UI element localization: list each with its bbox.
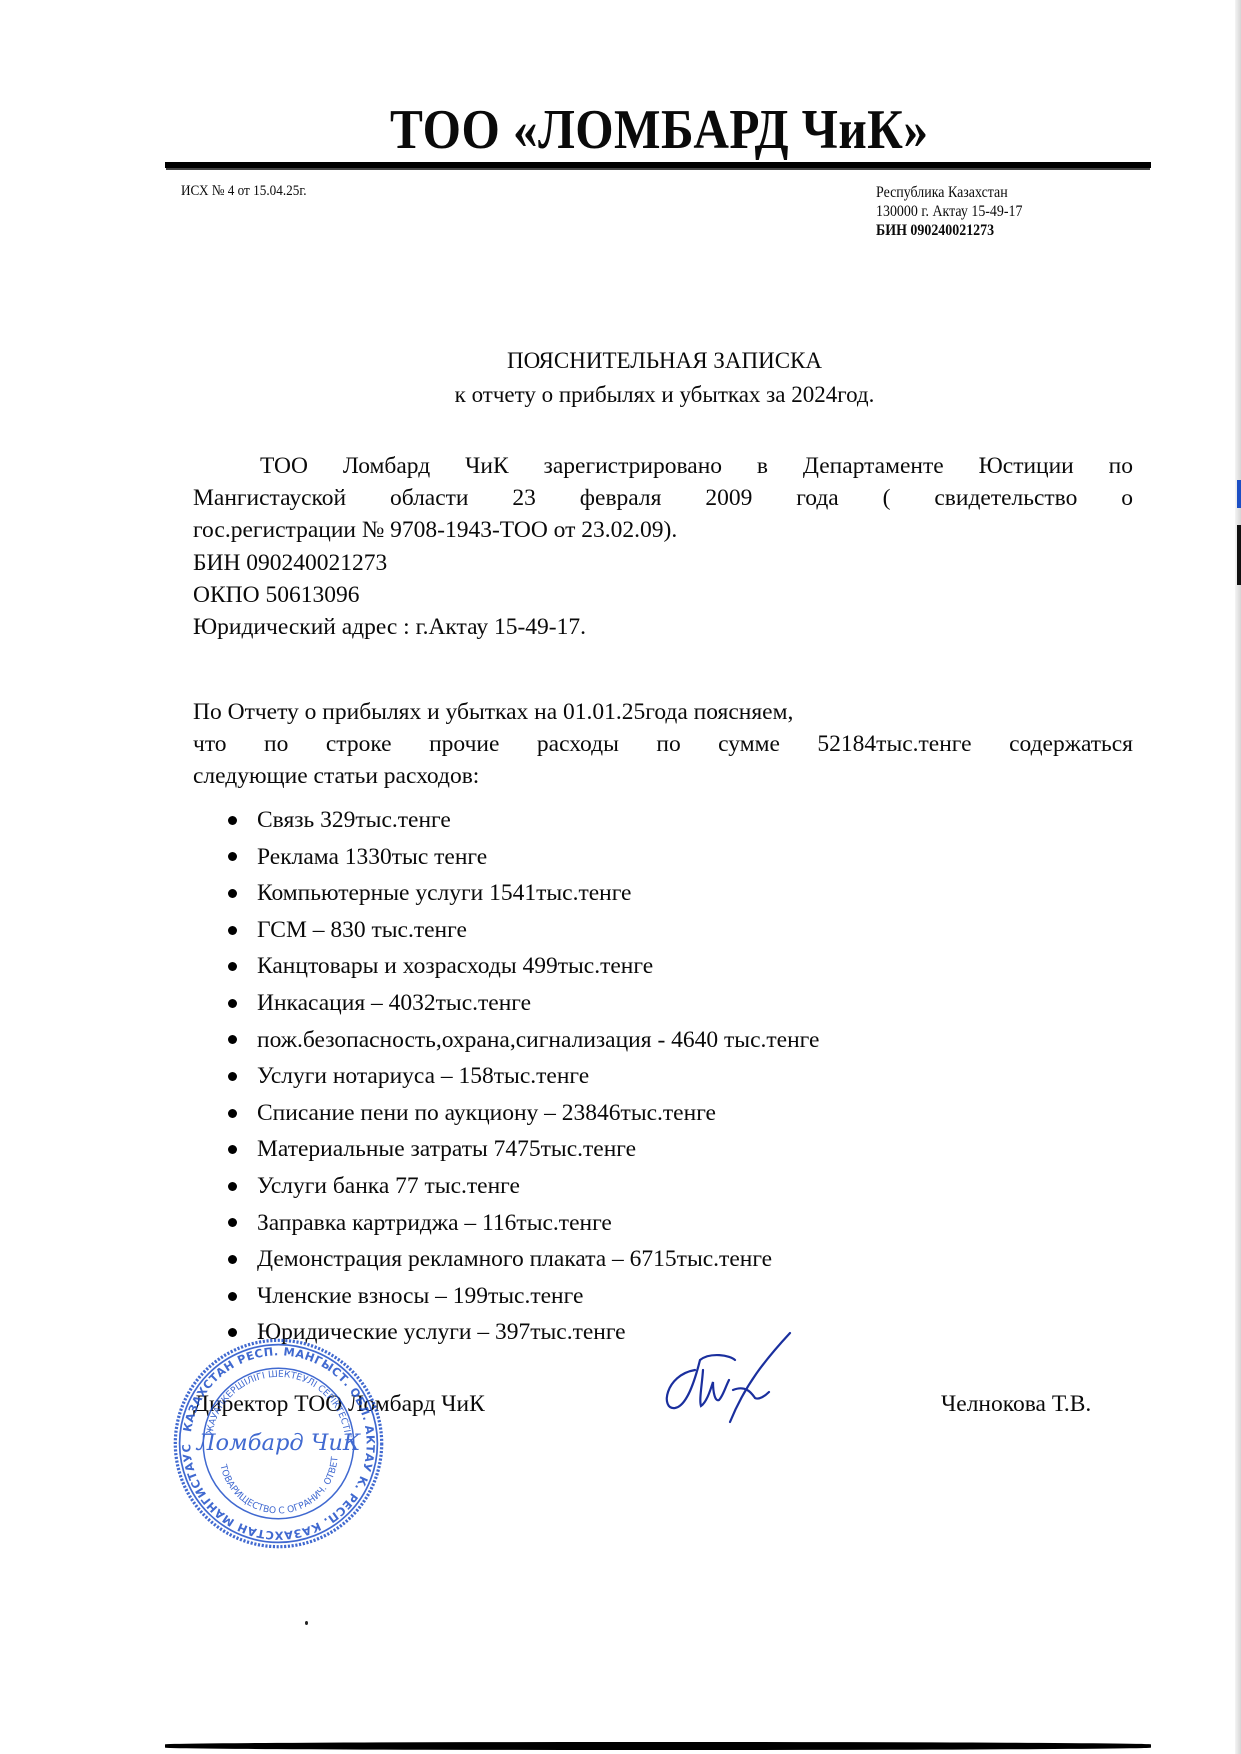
document-title: ПОЯСНИТЕЛЬНАЯ ЗАПИСКА	[0, 348, 1241, 374]
list-item: Услуги банка 77 тыс.тенге	[228, 1168, 819, 1205]
scan-edge-mark	[1237, 525, 1241, 585]
expense-label: Связь 329тыс.тенге	[257, 802, 451, 839]
list-item: Услуги нотариуса – 158тыс.тенге	[228, 1058, 819, 1095]
expense-label: Компьютерные услуги 1541тыс.тенге	[257, 875, 632, 912]
scan-edge	[1235, 0, 1241, 1754]
bullet-icon	[228, 1255, 237, 1264]
expense-label: Услуги нотариуса – 158тыс.тенге	[257, 1058, 589, 1095]
company-address: Республика Казахстан 130000 г. Актау 15-…	[876, 183, 1022, 240]
address-city: 130000 г. Актау 15-49-17	[876, 202, 1022, 221]
legal-address-line: Юридический адрес : г.Актау 15-49-17.	[193, 611, 1133, 643]
paragraph-line: По Отчету о прибылях и убытках на 01.01.…	[193, 696, 1133, 728]
outgoing-reference: ИСХ № 4 от 15.04.25г.	[181, 183, 307, 200]
expense-label: Заправка картриджа – 116тыс.тенге	[257, 1205, 612, 1242]
expense-label: Канцтовары и хозрасходы 499тыс.тенге	[257, 948, 653, 985]
company-details: БИН 090240021273 ОКПО 50613096 Юридическ…	[193, 547, 1133, 643]
paragraph-line: Мангистауской области 23 февраля 2009 го…	[193, 482, 1133, 514]
list-item: ГСМ – 830 тыс.тенге	[228, 912, 819, 949]
bullet-icon	[228, 1182, 237, 1191]
bullet-icon	[228, 852, 237, 861]
signatory-name: Челнокова Т.В.	[941, 1391, 1091, 1418]
list-item: Членские взносы – 199тыс.тенге	[228, 1278, 819, 1315]
expense-label: Материальные затраты 7475тыс.тенге	[257, 1131, 636, 1168]
list-item: Инкасация – 4032тыс.тенге	[228, 985, 819, 1022]
bullet-icon	[228, 999, 237, 1008]
handwritten-signature-icon	[655, 1330, 795, 1425]
company-seal-icon: КАЗАХСТАН РЕСП. МАНГЫСТ. ОБЛ. АКТАУ К. Р…	[171, 1336, 386, 1551]
expense-label: Услуги банка 77 тыс.тенге	[257, 1168, 520, 1205]
paragraph-line: ТОО Ломбард ЧиК зарегистрировано в Депар…	[193, 450, 1133, 482]
header-rule	[165, 162, 1151, 168]
paragraph-line: что по строке прочие расходы по сумме 52…	[193, 728, 1133, 760]
document-subtitle: к отчету о прибылях и убытках за 2024год…	[0, 382, 1241, 408]
bullet-icon	[228, 816, 237, 825]
svg-text:Ломбард ЧиК: Ломбард ЧиК	[196, 1430, 361, 1456]
bullet-icon	[228, 1218, 237, 1227]
expense-label: Демонстрация рекламного плаката – 6715ты…	[257, 1241, 772, 1278]
list-item: пож.безопасность,охрана,сигнализация - 4…	[228, 1022, 819, 1059]
list-item: Демонстрация рекламного плаката – 6715ты…	[228, 1241, 819, 1278]
expense-label: Списание пени по аукциону – 23846тыс.тен…	[257, 1095, 716, 1132]
bullet-icon	[228, 926, 237, 935]
explanation-paragraph: По Отчету о прибылях и убытках на 01.01.…	[193, 696, 1133, 792]
bullet-icon	[228, 1292, 237, 1301]
bullet-icon	[228, 962, 237, 971]
paragraph-line: следующие статьи расходов:	[193, 760, 1133, 792]
bullet-icon	[228, 1145, 237, 1154]
expense-label: Инкасация – 4032тыс.тенге	[257, 985, 531, 1022]
address-bin: БИН 090240021273	[876, 221, 1022, 240]
expense-label: пож.безопасность,охрана,сигнализация - 4…	[257, 1022, 819, 1059]
expense-label: Членские взносы – 199тыс.тенге	[257, 1278, 583, 1315]
list-item: Компьютерные услуги 1541тыс.тенге	[228, 875, 819, 912]
bullet-icon	[228, 1109, 237, 1118]
expense-label: ГСМ – 830 тыс.тенге	[257, 912, 467, 949]
list-item: Канцтовары и хозрасходы 499тыс.тенге	[228, 948, 819, 985]
paragraph-line: гос.регистрации № 9708-1943-ТОО от 23.02…	[193, 514, 1133, 546]
bullet-icon	[228, 1072, 237, 1081]
scan-speck	[305, 1621, 308, 1625]
registration-paragraph: ТОО Ломбард ЧиК зарегистрировано в Депар…	[193, 450, 1133, 546]
address-country: Республика Казахстан	[876, 183, 1022, 202]
list-item: Реклама 1330тыс тенге	[228, 839, 819, 876]
list-item: Заправка картриджа – 116тыс.тенге	[228, 1205, 819, 1242]
scan-edge-mark	[1237, 480, 1241, 508]
okpo-line: ОКПО 50613096	[193, 579, 1133, 611]
bullet-icon	[228, 889, 237, 898]
bin-line: БИН 090240021273	[193, 547, 1133, 579]
expense-label: Реклама 1330тыс тенге	[257, 839, 487, 876]
list-item: Списание пени по аукциону – 23846тыс.тен…	[228, 1095, 819, 1132]
footer-rule	[165, 1742, 1151, 1750]
list-item: Материальные затраты 7475тыс.тенге	[228, 1131, 819, 1168]
company-name: ТОО «ЛОМБАРД ЧиК»	[74, 98, 1166, 162]
expense-list: Связь 329тыс.тенге Реклама 1330тыс тенге…	[228, 802, 819, 1351]
list-item: Связь 329тыс.тенге	[228, 802, 819, 839]
document-page: ТОО «ЛОМБАРД ЧиК» ИСХ № 4 от 15.04.25г. …	[0, 0, 1241, 1754]
bullet-icon	[228, 1035, 237, 1044]
